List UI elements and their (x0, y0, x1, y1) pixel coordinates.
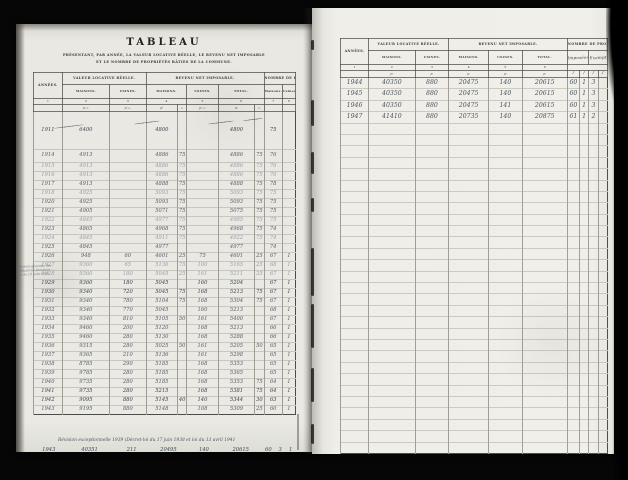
group-header-nombre-proprietes: NOMBRE DE PROPRIÉTÉS BÂTIES. (567, 39, 607, 51)
cell-annee (341, 157, 369, 168)
binding-mark (311, 248, 314, 296)
slash-mark: / (567, 71, 579, 78)
cell-nb-4 (598, 396, 607, 407)
cell-nb-2 (579, 385, 588, 396)
cell-nb-4 (598, 419, 607, 430)
cell-annee: 1915 (34, 163, 63, 172)
cell-vl-usines: 65 (109, 262, 146, 271)
cell-annee: 1929 (34, 280, 63, 289)
cell-nb-3 (589, 317, 598, 328)
cell-nb-2 (579, 442, 588, 453)
cell-nb-3 (589, 180, 598, 191)
cell-nb-4 (598, 123, 607, 134)
cell-nb-maisons: 67 (264, 289, 282, 298)
group-header-valeur-locative: VALEUR LOCATIVE RÉELLE. (369, 39, 449, 51)
cell-vl-usines (415, 351, 448, 362)
cell-rev-usines (187, 181, 218, 190)
cell-vl-usines (415, 203, 448, 214)
cell-rev-total (522, 203, 567, 214)
binding-mark (311, 40, 314, 50)
cell-rev-total (522, 214, 567, 225)
cell-rev-total-fr: 4886 (218, 172, 255, 181)
table-row (341, 339, 608, 350)
cell-nb-2 (579, 260, 588, 271)
table-row (341, 442, 608, 453)
cell-vl-usines (109, 112, 146, 150)
cell-rev-usines (489, 351, 522, 362)
cell-annee: 1922 (34, 217, 63, 226)
cell-rev-maisons-fr: 4888 (146, 181, 177, 190)
cell-rev-usines: 140 (489, 78, 522, 89)
cell-nb-usines (282, 190, 295, 199)
cell-rev-usines (489, 226, 522, 237)
page-right: ANNÉES. VALEUR LOCATIVE RÉELLE. REVENU N… (312, 8, 614, 454)
cell-rev-maisons (449, 191, 489, 202)
unit-cell: c. (178, 105, 187, 112)
unit-cell: fr. c. (109, 105, 146, 112)
cell-vl-maisons (369, 374, 416, 385)
cell-vl-maisons: 9360 (62, 271, 109, 280)
cell-nb-1 (567, 351, 579, 362)
cell-rev-usines: 168 (187, 289, 218, 298)
cell-nb-1 (567, 339, 579, 350)
cell-rev-total (522, 294, 567, 305)
cell-nb-3 (589, 362, 598, 373)
cell-annee (341, 134, 369, 145)
cell-nb-maisons: 74 (264, 226, 282, 235)
cell-nb-3 (589, 374, 598, 385)
subheader-vl-maisons: MAISONS. (369, 51, 416, 65)
cell-rev-maisons (449, 396, 489, 407)
cell-vl-maisons (369, 169, 416, 180)
cell-nb-maisons: 74 (264, 235, 282, 244)
cell-rev-total-fr: 4888 (218, 181, 255, 190)
cell-nb-usines (282, 172, 295, 181)
cell-vl-usines: 770 (109, 307, 146, 316)
cell-nb-1 (567, 134, 579, 145)
table-row: 1917 4913 4888 75 4888 75 78 (34, 181, 296, 190)
cell-nb-3 (589, 260, 598, 271)
cell-annee (341, 203, 369, 214)
cell-rev-total (522, 157, 567, 168)
table-row (341, 191, 608, 202)
cell-rev-total (522, 317, 567, 328)
cell-nb-maisons: 78 (264, 181, 282, 190)
subheader-rev-maisons: MAISONS. (146, 85, 187, 99)
subheader-rev-maisons: MAISONS. (449, 51, 489, 65)
cell-nb-3 (589, 191, 598, 202)
subheader-nb-maisons: Maisons. (264, 85, 282, 99)
cell-nb-usines: 1 (282, 370, 295, 379)
cell-nb-4 (598, 214, 607, 225)
cell-rev-maisons-fr: 5105 (146, 316, 177, 325)
cell-nb-usines (282, 150, 295, 163)
cell-annee: 1941 (34, 388, 63, 397)
cell-nb-1 (567, 157, 579, 168)
cell-rev-maisons-c: 75 (178, 217, 187, 226)
table-row: 1911 6400 4800 4800 75 (34, 112, 296, 150)
cell-vl-maisons: 4925 (62, 199, 109, 208)
cell-rev-total (522, 283, 567, 294)
cell-vl-maisons: 9315 (62, 343, 109, 352)
cell-vl-usines: 280 (109, 388, 146, 397)
cell-rev-total-fr: 5344 (218, 397, 255, 406)
cell-vl-usines: 280 (109, 370, 146, 379)
cell-vl-usines (415, 374, 448, 385)
cell-vl-maisons (369, 180, 416, 191)
cell-nb-3 (589, 283, 598, 294)
cell-nb-maisons: 67 (264, 253, 282, 262)
cell-nb-usines: 1 (282, 253, 295, 262)
cell-annee (341, 317, 369, 328)
cell-rev-total-c: 25 (255, 271, 264, 280)
cell-annee: 1914 (34, 150, 63, 163)
group-header-revenu-net: REVENU NET IMPOSABLE. (449, 39, 568, 51)
cell-nb-1 (567, 396, 579, 407)
cell-rev-usines (489, 157, 522, 168)
cell-nb-1 (567, 248, 579, 259)
cell-annee (341, 442, 369, 453)
cell-nb-3 (589, 226, 598, 237)
cell-nb-maisons: 65 (264, 370, 282, 379)
cell-annee (341, 237, 369, 248)
cell-nb-4 (598, 203, 607, 214)
cell-rev-maisons-c: 75 (178, 199, 187, 208)
cell-rev-total (522, 396, 567, 407)
cell-nb-2 (579, 248, 588, 259)
table-row (341, 408, 608, 419)
cell-rev-maisons (449, 123, 489, 134)
cell-rev-usines: 140 (187, 397, 218, 406)
cell-rev-usines: 168 (187, 325, 218, 334)
subheader-vl-usines: USINES. (109, 85, 146, 99)
table-row: 1935 9460 280 5130 168 5288 66 1 (34, 334, 296, 343)
cell-nb-maisons: 68 (264, 307, 282, 316)
cell-rev-usines: 140 (489, 89, 522, 100)
cell-annee: 1939 (34, 370, 63, 379)
cell-rev-total-fr: 5205 (218, 343, 255, 352)
cell-nb-1 (567, 180, 579, 191)
cell-nb-4 (598, 134, 607, 145)
cell-rev-usines (187, 226, 218, 235)
cell-nb-4 (598, 157, 607, 168)
cell-nb-3 (589, 419, 598, 430)
cell-rev-total-c: 75 (255, 379, 264, 388)
cell-rev-usines: 168 (187, 388, 218, 397)
cell-rev-total (522, 362, 567, 373)
cell-annee: 1934 (34, 325, 63, 334)
table-row: 1923 4865 4968 75 4968 75 74 (34, 226, 296, 235)
cell-annee: 1924 (34, 235, 63, 244)
cell-nb-usines (282, 112, 295, 150)
cell-annee: 1923 (34, 226, 63, 235)
cell-nb-2: 1 (579, 78, 588, 89)
cell-nb-4 (598, 248, 607, 259)
cell-nb-1 (567, 374, 579, 385)
cell-rev-total-fr: 4985 (218, 217, 255, 226)
cell-rev-maisons (449, 419, 489, 430)
cell-nb-1: 61 (567, 112, 579, 123)
cell-nb-2 (579, 305, 588, 316)
cell-rev-total-c (255, 325, 264, 334)
cell-annee (341, 431, 369, 442)
cell-rev-maisons-fr: 5093 (146, 190, 177, 199)
cell-rev-maisons (449, 146, 489, 157)
cell-rev-total-fr: 5400 (218, 316, 255, 325)
cell-rev-maisons-fr: 4911 (146, 235, 177, 244)
cell-rev-maisons-fr: 5045 (146, 280, 177, 289)
cell-vl-maisons: 6400 (62, 112, 109, 150)
cell-nb-2 (579, 226, 588, 237)
cell-vl-maisons: 4845 (62, 244, 109, 253)
table-row: 1929 9360 180 5045 160 5204 67 1 (34, 280, 296, 289)
cell-rev-maisons-fr: 4886 (146, 172, 177, 181)
cell-rev-maisons-c: 75 (178, 289, 187, 298)
cell-nb-maisons: 65 (264, 361, 282, 370)
cell-nb-1 (567, 317, 579, 328)
subheader-vl-usines: USINES. (415, 51, 448, 65)
cell-nb-1 (567, 385, 579, 396)
cell-vl-maisons: 9195 (62, 406, 109, 415)
table-row: 1920 4925 5093 75 5093 75 75 (34, 199, 296, 208)
cell-nb-2 (579, 362, 588, 373)
cell-nb-3: 2 (589, 112, 598, 123)
table-row (341, 305, 608, 316)
cell-vl-maisons (369, 419, 416, 430)
cell-vl-maisons: 8785 (62, 361, 109, 370)
table-row: 1930 9340 720 5045 75 168 5213 75 67 1 (34, 289, 296, 298)
cell-vl-maisons: 4865 (62, 226, 109, 235)
cell-nb-maisons: 76 (264, 150, 282, 163)
cell-rev-maisons-fr: 4977 (146, 244, 177, 253)
table-row: 1939 9785 280 5185 168 5365 65 1 (34, 370, 296, 379)
cell-vl-usines (415, 408, 448, 419)
cell-vl-maisons: 4925 (62, 190, 109, 199)
cell-rev-total-c (255, 370, 264, 379)
cell-vl-maisons: 4913 (62, 181, 109, 190)
table-row: 1915 4913 4886 75 4886 75 76 (34, 163, 296, 172)
cell-vl-usines (109, 163, 146, 172)
cell-rev-usines (489, 180, 522, 191)
cell-rev-usines (489, 328, 522, 339)
table-row (341, 157, 608, 168)
cell-rev-total: 20615 (522, 89, 567, 100)
cell-nb-3 (589, 408, 598, 419)
cell-rev-maisons-fr: 5025 (146, 343, 177, 352)
cell-nb-2 (579, 271, 588, 282)
cell-nb-4 (598, 374, 607, 385)
cell-vl-maisons: 9360 (62, 262, 109, 271)
cell-vl-usines (415, 442, 448, 453)
cell-nb-3 (589, 169, 598, 180)
cell-rev-maisons: 20495 (149, 447, 188, 453)
binding-mark (311, 152, 314, 174)
cell-annee: 1943 (34, 406, 63, 415)
printer-mark-smudge (297, 414, 299, 450)
cell-rev-maisons-fr: 4968 (146, 226, 177, 235)
cell-rev-maisons (449, 328, 489, 339)
cell-rev-total-fr: 4800 (218, 112, 255, 150)
cell-rev-usines: 100 (187, 262, 218, 271)
cell-rev-maisons-c (178, 244, 187, 253)
cell-nb-usines: 1 (282, 388, 295, 397)
cell-nb-maisons: 75 (264, 208, 282, 217)
cell-vl-usines: 180 (109, 271, 146, 280)
cell-rev-usines (187, 244, 218, 253)
cell-vl-usines (415, 431, 448, 442)
binding-mark (311, 368, 314, 402)
cell-rev-total-c (255, 352, 264, 361)
cell-nb-1 (567, 362, 579, 373)
table-row (341, 146, 608, 157)
group-header-nombre-proprietes: NOMBRE DE PROPRIÉTÉS BÂTIES. (264, 73, 296, 85)
cell-nb-2 (579, 419, 588, 430)
cell-vl-usines: 880 (415, 78, 448, 89)
cell-rev-total-c: 75 (255, 181, 264, 190)
table-row: 1931 9340 780 5104 75 168 5304 75 67 1 (34, 298, 296, 307)
cell-rev-usines (489, 362, 522, 373)
cell-rev-total-fr: 4886 (218, 150, 255, 163)
cell-rev-total (522, 339, 567, 350)
cell-rev-maisons-fr: 5120 (146, 325, 177, 334)
cell-nb-2 (579, 237, 588, 248)
cell-annee (341, 374, 369, 385)
cell-vl-maisons (369, 237, 416, 248)
table-row: 1944 40350 880 20475 140 20615 60 1 3 (341, 78, 608, 89)
cell-annee (341, 328, 369, 339)
cell-rev-maisons-c: 25 (178, 253, 187, 262)
cell-rev-maisons-fr: 5148 (146, 406, 177, 415)
cell-rev-usines (489, 237, 522, 248)
cell-nb-maisons: 60 (264, 406, 282, 415)
cell-vl-maisons: 9460 (62, 334, 109, 343)
unit-cell: fr. (489, 71, 522, 78)
unit-cell: c. (255, 105, 264, 112)
cell-rev-total (522, 169, 567, 180)
cell-nb-maisons: 63 (264, 397, 282, 406)
cell-rev-maisons-fr: 5071 (146, 208, 177, 217)
cell-vl-usines: 290 (109, 361, 146, 370)
cell-rev-total-fr: 5309 (218, 406, 255, 415)
cell-rev-maisons (449, 237, 489, 248)
cell-rev-total-fr: 5213 (218, 325, 255, 334)
cell-vl-usines (109, 208, 146, 217)
cell-nb-3 (589, 146, 598, 157)
cell-rev-total (522, 351, 567, 362)
cell-rev-total (522, 374, 567, 385)
unit-cell: fr. (449, 71, 489, 78)
cell-annee: 1920 (34, 199, 63, 208)
cell-rev-usines (187, 190, 218, 199)
cell-rev-maisons-fr: 5185 (146, 370, 177, 379)
cell-rev-total: 20615 (522, 78, 567, 89)
cell-rev-total-c: 75 (255, 172, 264, 181)
cell-rev-usines (489, 283, 522, 294)
cell-vl-usines (109, 181, 146, 190)
cell-rev-usines (187, 163, 218, 172)
cell-vl-maisons: 9360 (62, 280, 109, 289)
cell-nb-maisons: 67 (264, 280, 282, 289)
cell-annee: 1936 (34, 343, 63, 352)
unit-cell (34, 105, 63, 112)
cell-nb-2 (579, 317, 588, 328)
cell-nb-usines (282, 208, 295, 217)
cell-rev-usines (489, 134, 522, 145)
cell-nb-3: 3 (589, 78, 598, 89)
cell-nb-4 (598, 442, 607, 453)
cell-rev-maisons (449, 203, 489, 214)
cell-nb-3 (589, 305, 598, 316)
cell-vl-maisons (369, 248, 416, 259)
cell-rev-total-c: 75 (255, 235, 264, 244)
cell-vl-usines: 211 (115, 447, 149, 453)
cell-rev-maisons-c: 75 (178, 235, 187, 244)
cell-annee (341, 146, 369, 157)
cell-annee: 1944 (341, 78, 369, 89)
cell-rev-maisons (449, 169, 489, 180)
table-row (341, 431, 608, 442)
cell-rev-maisons (449, 374, 489, 385)
cell-rev-maisons (449, 248, 489, 259)
cell-rev-total-c (255, 334, 264, 343)
cell-rev-total-fr: 5204 (218, 280, 255, 289)
cell-vl-usines (415, 134, 448, 145)
cell-nb-maisons: 65 (264, 352, 282, 361)
cell-annee (341, 419, 369, 430)
cell-nb-usines (282, 235, 295, 244)
table-row (341, 237, 608, 248)
cell-nb-2 (579, 134, 588, 145)
cell-annee: 1917 (34, 181, 63, 190)
cell-vl-usines: 880 (415, 89, 448, 100)
cell-nb-1 (567, 271, 579, 282)
cell-rev-total-c: 75 (255, 199, 264, 208)
cell-annee: 1938 (34, 361, 63, 370)
cell-nb-1 (567, 431, 579, 442)
cell-annee: 1925 (34, 244, 63, 253)
cell-nb-3: 3 (589, 100, 598, 111)
cell-rev-total (522, 419, 567, 430)
cell-nb-4 (598, 305, 607, 316)
cell-nb-maisons: 74 (264, 244, 282, 253)
cell-rev-total (522, 305, 567, 316)
cell-annee (341, 396, 369, 407)
table-row: 1925 4845 4977 4977 74 (34, 244, 296, 253)
cell-nb-1 (567, 283, 579, 294)
cell-rev-maisons: 20475 (449, 89, 489, 100)
cell-rev-total-c: 75 (255, 298, 264, 307)
unit-cell: fr. c. (187, 105, 218, 112)
cell-rev-maisons-fr: 5045 (146, 271, 177, 280)
cell-rev-maisons-c: 75 (178, 190, 187, 199)
cell-rev-total-fr: 5093 (218, 190, 255, 199)
cell-vl-usines: 180 (109, 280, 146, 289)
cell-nb-1 (567, 214, 579, 225)
cell-rev-maisons: 20475 (449, 100, 489, 111)
cell-vl-usines (415, 339, 448, 350)
cell-nb-3 (589, 442, 598, 453)
cell-vl-usines: 880 (109, 406, 146, 415)
cell-vl-usines: 60 (109, 253, 146, 262)
cell-vl-maisons (369, 408, 416, 419)
cell-nb-maisons: 76 (264, 163, 282, 172)
cell-nb-usines: 1 (282, 298, 295, 307)
cell-vl-usines (415, 271, 448, 282)
cell-nb-3 (589, 271, 598, 282)
cell-rev-usines (489, 203, 522, 214)
cell-nb-1 (567, 191, 579, 202)
cell-rev-total (522, 248, 567, 259)
